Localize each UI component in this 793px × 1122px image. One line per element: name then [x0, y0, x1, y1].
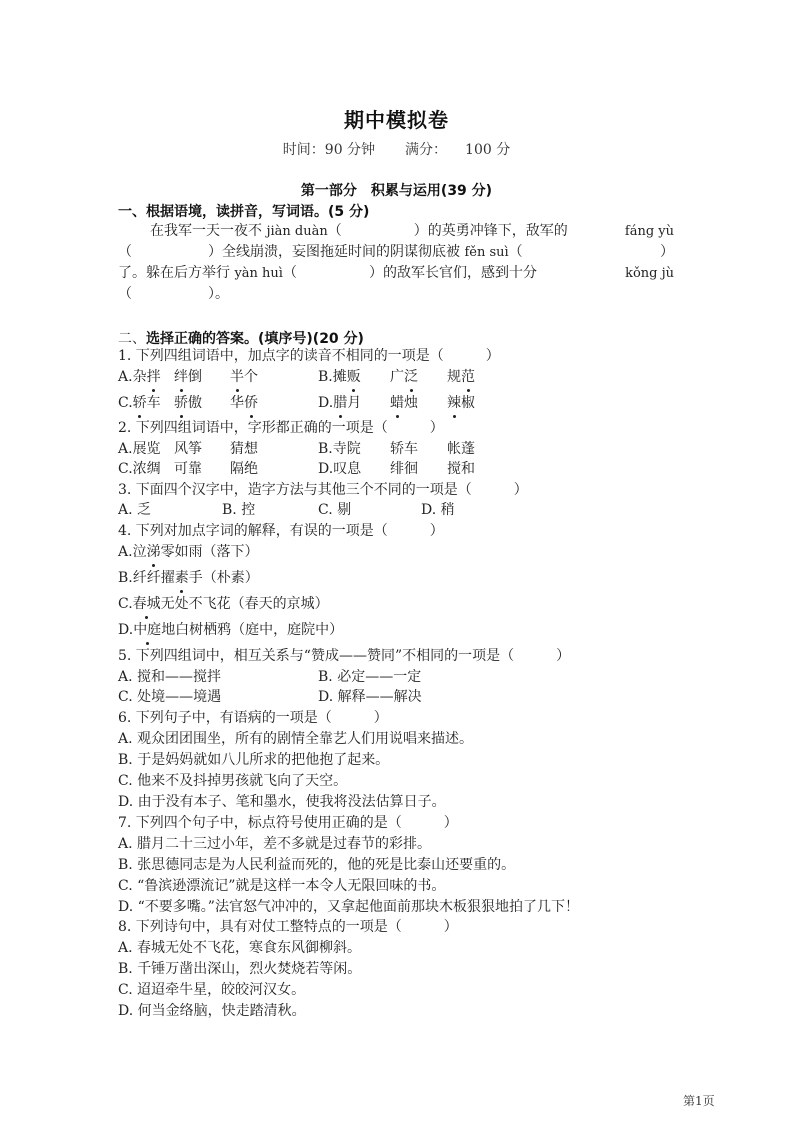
option-a: A. 乏 [118, 500, 151, 520]
option-d: D.叹息 [318, 459, 361, 479]
question-3-options: A. 乏 B. 控 C. 剔 D. 稍 [118, 500, 678, 520]
question-4-option-c: C.春城无处不飞花（春天的京城） [118, 594, 329, 614]
pinyin-yanhui: yàn huì [234, 266, 283, 281]
dotted-char: 素 [175, 568, 189, 588]
option-c: C. 剔 [318, 500, 351, 520]
pinyin-kongju: kǒng jù [625, 263, 674, 284]
question-8-stem: 8. 下列诗句中，具有对仗工整特点的一项是（ ） [118, 917, 458, 937]
option-b-word-2: 轿车 [390, 439, 418, 459]
option-a-word-3: 猜想 [230, 439, 258, 459]
option-c: C.轿车 [118, 393, 161, 413]
dotted-char: 贩 [347, 367, 361, 387]
passage-line-3: 了。躲在后方举行 yàn huì（）的敌军长官们，感到十分 kǒng jù [118, 263, 674, 284]
option-a-word-2: 风筝 [174, 439, 202, 459]
question-6-option-a: A. 观众团团围坐，所有的剧情全靠艺人们用说唱来描述。 [118, 729, 473, 749]
question-5-stem: 5. 下列四组词中，相互关系与“赞成——赞同”不相同的一项是（ ） [118, 646, 570, 666]
dotted-char: 泛 [404, 367, 418, 387]
score-label: 满分： [405, 139, 447, 159]
question-7-option-c: C. “鲁滨逊漂流记”就是这样一本令人无限回味的书。 [118, 876, 445, 896]
option-d-word-3: 辣椒 [447, 393, 475, 413]
question-4-stem: 4. 下列对加点字词的解释，有误的一项是（ ） [118, 521, 444, 541]
question-5-row-2: C. 处境——境遇 D. 解释——解决 [118, 687, 678, 707]
option-d: D. 解释——解决 [318, 687, 422, 707]
option-d-word-2: 绯徊 [390, 459, 418, 479]
option-b-word-3: 帐蓬 [447, 439, 475, 459]
option-a-word-2: 绊倒 [174, 367, 202, 387]
question-2-stem: 2. 下列四组词语中，字形都正确的一项是（ ） [118, 418, 444, 438]
question-6-option-c: C. 他来不及抖掉男孩就飞向了天空。 [118, 771, 347, 791]
question-7-option-d: D. “不要多嘴。”法官怒气冲冲的，又拿起他面前那块木板狠狠地拍了几下！ [118, 897, 579, 917]
option-b-word-2: 广泛 [390, 367, 418, 387]
question-1-row-2: C.轿车 骄傲 华侨 D.腊月 蜡烛 辣椒 [118, 393, 678, 415]
section-one-heading: 一、根据语境，读拼音，写词语。(5 分) [118, 201, 369, 221]
passage-line-2: （）全线崩溃，妄图拖延时间的阴谋彻底被 fěn suì（ ） [118, 242, 674, 263]
question-8-option-c: C. 迢迢牵牛星，皎皎河汉女。 [118, 980, 305, 1000]
passage-text: 在我军一天一夜不 [150, 223, 262, 239]
question-7-option-a: A. 腊月二十三过小年，差不多就是过春节的彩排。 [118, 834, 431, 854]
close-paren: ） [208, 286, 215, 302]
passage-line-1: 在我军一天一夜不 jiàn duàn（）的英勇冲锋下，敌军的 fáng yù [118, 221, 674, 242]
option-b: B.摊贩 [318, 367, 361, 387]
question-2-row-1: A.展览 风筝 猜想 B.寺院 轿车 帐蓬 [118, 439, 678, 459]
question-7-stem: 7. 下列四个句子中，标点符号使用正确的是（ ） [118, 813, 458, 833]
option-d: D.腊月 [318, 393, 361, 413]
exam-title: 期中模拟卷 [0, 104, 793, 133]
option-d-word-3: 搅和 [447, 459, 475, 479]
passage-text: 了。躲在后方举行 [118, 265, 230, 281]
option-a-word-3: 半个 [230, 367, 258, 387]
option-b: B. 必定——一定 [318, 667, 421, 687]
question-6-option-d: D. 由于没有本子、笔和墨水，使我将没法估算日子。 [118, 792, 446, 812]
question-6-option-b: B. 于是妈妈就如八儿所求的把他抱了起来。 [118, 750, 389, 770]
question-8-option-d: D. 何当金络脑，快走踏清秋。 [118, 1001, 306, 1021]
question-4-option-b: B.纤纤擢素手（朴素） [118, 568, 259, 588]
option-b: B.寺院 [318, 439, 361, 459]
dotted-char: 春城 [133, 594, 161, 614]
option-c: C.浓绸 [118, 459, 161, 479]
pinyin-fangyu: fáng yù [625, 221, 674, 242]
dotted-char: 腊 [333, 393, 347, 413]
dotted-char: 拌 [147, 367, 161, 387]
question-5-row-1: A. 搅和——搅拌 B. 必定——一定 [118, 667, 678, 687]
option-c-word-3: 华侨 [230, 393, 258, 413]
option-a: A.杂拌 [118, 367, 161, 387]
pinyin-jianduan: jiàn duàn [266, 224, 327, 239]
open-paren: （ [118, 286, 132, 302]
option-d-word-2: 蜡烛 [390, 393, 418, 413]
time-limit: 时间：90 分钟 [283, 139, 375, 159]
passage-line-4: （）。 [118, 284, 674, 305]
question-8-option-a: A. 春城无处不飞花，寒食东风御柳斜。 [118, 938, 361, 958]
passage-text: 全线崩溃，妄图拖延时间的阴谋彻底被 [222, 244, 460, 260]
option-c: C. 处境——境遇 [118, 687, 221, 707]
close-paren: ） [208, 244, 222, 260]
dotted-char: 涕 [147, 542, 161, 562]
question-4-option-a: A.泣涕零如雨（落下） [118, 542, 259, 562]
dotted-char: 范 [461, 367, 475, 387]
option-c-word-2: 可靠 [174, 459, 202, 479]
dotted-char: 半 [230, 367, 244, 387]
pinyin-fensui: fěn suì [464, 245, 508, 260]
question-8-option-b: B. 千锤万凿出深山，烈火焚烧若等闲。 [118, 959, 361, 979]
passage-text: 的敌军长官们，感到十分 [383, 265, 537, 281]
option-d: D. 稍 [421, 500, 455, 520]
option-a: A.展览 [118, 439, 161, 459]
section-title: 选择正确的答案。(填序号)(20 分) [146, 331, 364, 347]
section-two-heading: 二、选择正确的答案。(填序号)(20 分) [118, 328, 364, 348]
section-one-passage: 在我军一天一夜不 jiàn duàn（）的英勇冲锋下，敌军的 fáng yù （… [118, 221, 674, 305]
part-one-heading: 第一部分 积累与运用(39 分) [0, 180, 793, 200]
exam-page: 期中模拟卷 时间：90 分钟满分：100 分 第一部分 积累与运用(39 分) … [0, 0, 793, 1122]
open-paren: （ [328, 223, 342, 239]
close-paren: ） [660, 242, 674, 263]
question-6-stem: 6. 下列句子中，有语病的一项是（ ） [118, 708, 388, 728]
question-2-row-2: C.浓绸 可靠 隔绝 D.叹息 绯徊 搅和 [118, 459, 678, 479]
question-3-stem: 3. 下面四个汉字中，造字方法与其他三个不同的一项是（ ） [118, 480, 528, 500]
question-4-option-d: D.中庭地白树栖鸦（庭中，庭院中） [118, 620, 343, 640]
question-1-stem: 1. 下列四组词语中，加点字的读音不相同的一项是（ ） [118, 346, 500, 366]
option-c-word-3: 隔绝 [230, 459, 258, 479]
page-number: 第1页 [683, 1092, 715, 1109]
passage-text: 的英勇冲锋下，敌军的 [428, 223, 568, 239]
dotted-char: 绊 [174, 367, 188, 387]
passage-text: 。 [215, 286, 229, 302]
dotted-char: 骄 [174, 393, 188, 413]
close-paren: ） [414, 223, 428, 239]
dotted-char: 侨 [244, 393, 258, 413]
dotted-char: 轿 [133, 393, 147, 413]
dotted-char: 蜡 [390, 393, 404, 413]
open-paren: （ [118, 244, 132, 260]
dotted-char: 辣 [447, 393, 461, 413]
open-paren: （ [283, 265, 297, 281]
option-c-word-2: 骄傲 [174, 393, 202, 413]
option-b-word-3: 规范 [447, 367, 475, 387]
score-value: 100 分 [465, 139, 510, 159]
question-1-row-1: A.杂拌 绊倒 半个 B.摊贩 广泛 规范 [118, 367, 678, 389]
close-paren: ） [369, 265, 383, 281]
question-7-option-b: B. 张思德同志是为人民利益而死的，他的死是比泰山还要重的。 [118, 855, 515, 875]
option-b: B. 控 [222, 500, 255, 520]
option-a: A. 搅和——搅拌 [118, 667, 221, 687]
dotted-char: 中庭 [133, 620, 161, 640]
exam-meta: 时间：90 分钟满分：100 分 [0, 139, 793, 159]
section-number: 二、 [118, 331, 146, 347]
open-paren: （ [509, 244, 523, 260]
